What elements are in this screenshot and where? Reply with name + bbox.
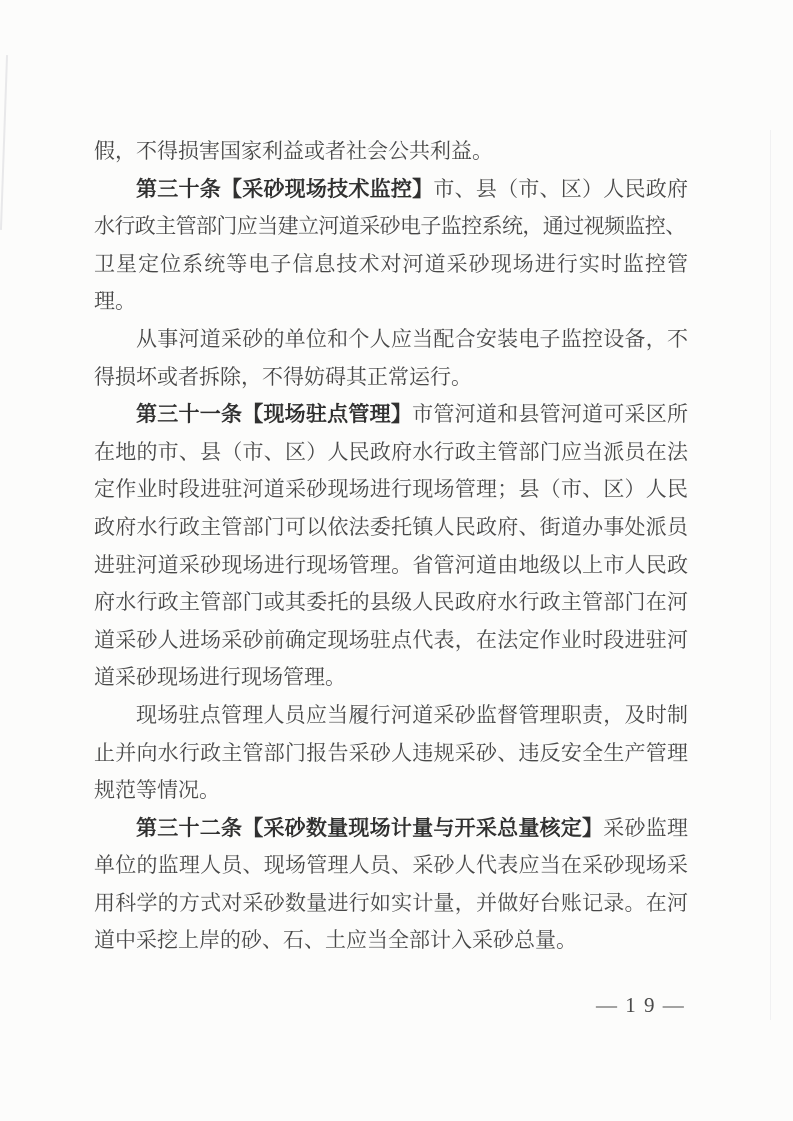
line-text: 道采砂现场进行现场管理。 bbox=[94, 665, 346, 689]
page-number: — 1 9 — bbox=[596, 993, 685, 1018]
document-page: 假，不得损害国家利益或者社会公共利益。 第三十条【采砂现场技术监控】市、县（市、… bbox=[0, 0, 793, 1121]
body-line: 府水行政主管部门或其委托的县级人民政府水行政主管部门在河 bbox=[94, 584, 688, 622]
line-text: 卫星定位系统等电子信息技术对河道采砂现场进行实时监控管 bbox=[94, 252, 688, 276]
body-line: 第三十条【采砂现场技术监控】市、县（市、区）人民政府 bbox=[94, 171, 688, 209]
document-body: 假，不得损害国家利益或者社会公共利益。 第三十条【采砂现场技术监控】市、县（市、… bbox=[94, 133, 688, 960]
body-line: 用科学的方式对采砂数量进行如实计量，并做好台账记录。在河 bbox=[94, 885, 688, 923]
body-line: 得损坏或者拆除，不得妨碍其正常运行。 bbox=[94, 359, 688, 397]
line-text: 道采砂人进场采砂前确定现场驻点代表，在法定作业时段进驻河 bbox=[94, 628, 688, 652]
line-text: 单位的监理人员、现场管理人员、采砂人代表应当在采砂现场采 bbox=[94, 853, 688, 877]
body-line: 道采砂人进场采砂前确定现场驻点代表，在法定作业时段进驻河 bbox=[94, 622, 688, 660]
body-line: 现场驻点管理人员应当履行河道采砂监督管理职责，及时制 bbox=[94, 697, 688, 735]
line-text: 现场驻点管理人员应当履行河道采砂监督管理职责，及时制 bbox=[136, 703, 688, 727]
body-line: 定作业时段进驻河道采砂现场进行现场管理；县（市、区）人民 bbox=[94, 471, 688, 509]
scan-edge-artifact-right bbox=[770, 130, 771, 1020]
line-text: 用科学的方式对采砂数量进行如实计量，并做好台账记录。在河 bbox=[94, 891, 688, 915]
line-text: 从事河道采砂的单位和个人应当配合安装电子监控设备，不 bbox=[136, 327, 688, 351]
line-text: 在地的市、县（市、区）人民政府水行政主管部门应当派员在法 bbox=[94, 440, 688, 464]
line-text: 进驻河道采砂现场进行现场管理。省管河道由地级以上市人民政 bbox=[94, 553, 688, 577]
line-text: 政府水行政主管部门可以依法委托镇人民政府、街道办事处派员 bbox=[94, 515, 688, 539]
line-text: 理。 bbox=[94, 289, 136, 313]
body-line: 道中采挖上岸的砂、石、土应当全部计入采砂总量。 bbox=[94, 922, 688, 960]
line-text: 市、县（市、区）人民政府 bbox=[433, 177, 688, 201]
line-text: 市管河道和县管河道可采区所 bbox=[412, 402, 688, 426]
line-text: 府水行政主管部门或其委托的县级人民政府水行政主管部门在河 bbox=[94, 590, 688, 614]
body-line: 水行政主管部门应当建立河道采砂电子监控系统，通过视频监控、 bbox=[94, 208, 688, 246]
scan-edge-artifact-left bbox=[0, 55, 8, 230]
line-text: 止并向水行政主管部门报告采砂人违规采砂、违反安全生产管理 bbox=[94, 741, 688, 765]
body-line: 理。 bbox=[94, 283, 688, 321]
body-line: 卫星定位系统等电子信息技术对河道采砂现场进行实时监控管 bbox=[94, 246, 688, 284]
line-text: 水行政主管部门应当建立河道采砂电子监控系统，通过视频监控、 bbox=[94, 214, 686, 238]
body-line: 假，不得损害国家利益或者社会公共利益。 bbox=[94, 133, 688, 171]
article-31-heading: 第三十一条【现场驻点管理】 bbox=[136, 402, 412, 426]
body-line: 止并向水行政主管部门报告采砂人违规采砂、违反安全生产管理 bbox=[94, 735, 688, 773]
body-line: 政府水行政主管部门可以依法委托镇人民政府、街道办事处派员 bbox=[94, 509, 688, 547]
line-text: 道中采挖上岸的砂、石、土应当全部计入采砂总量。 bbox=[94, 928, 577, 952]
body-line: 进驻河道采砂现场进行现场管理。省管河道由地级以上市人民政 bbox=[94, 547, 688, 585]
body-line: 第三十一条【现场驻点管理】市管河道和县管河道可采区所 bbox=[94, 396, 688, 434]
body-line: 单位的监理人员、现场管理人员、采砂人代表应当在采砂现场采 bbox=[94, 847, 688, 885]
article-32-heading: 第三十二条【采砂数量现场计量与开采总量核定】 bbox=[136, 816, 603, 840]
body-line: 第三十二条【采砂数量现场计量与开采总量核定】采砂监理 bbox=[94, 810, 688, 848]
body-line: 在地的市、县（市、区）人民政府水行政主管部门应当派员在法 bbox=[94, 434, 688, 472]
line-text: 假，不得损害国家利益或者社会公共利益。 bbox=[94, 139, 493, 163]
line-text: 得损坏或者拆除，不得妨碍其正常运行。 bbox=[94, 365, 472, 389]
line-text: 规范等情况。 bbox=[94, 778, 220, 802]
article-30-heading: 第三十条【采砂现场技术监控】 bbox=[136, 177, 433, 201]
body-line: 从事河道采砂的单位和个人应当配合安装电子监控设备，不 bbox=[94, 321, 688, 359]
line-text: 采砂监理 bbox=[603, 816, 688, 840]
body-line: 道采砂现场进行现场管理。 bbox=[94, 659, 688, 697]
body-line: 规范等情况。 bbox=[94, 772, 688, 810]
line-text: 定作业时段进驻河道采砂现场进行现场管理；县（市、区）人民 bbox=[94, 477, 688, 501]
